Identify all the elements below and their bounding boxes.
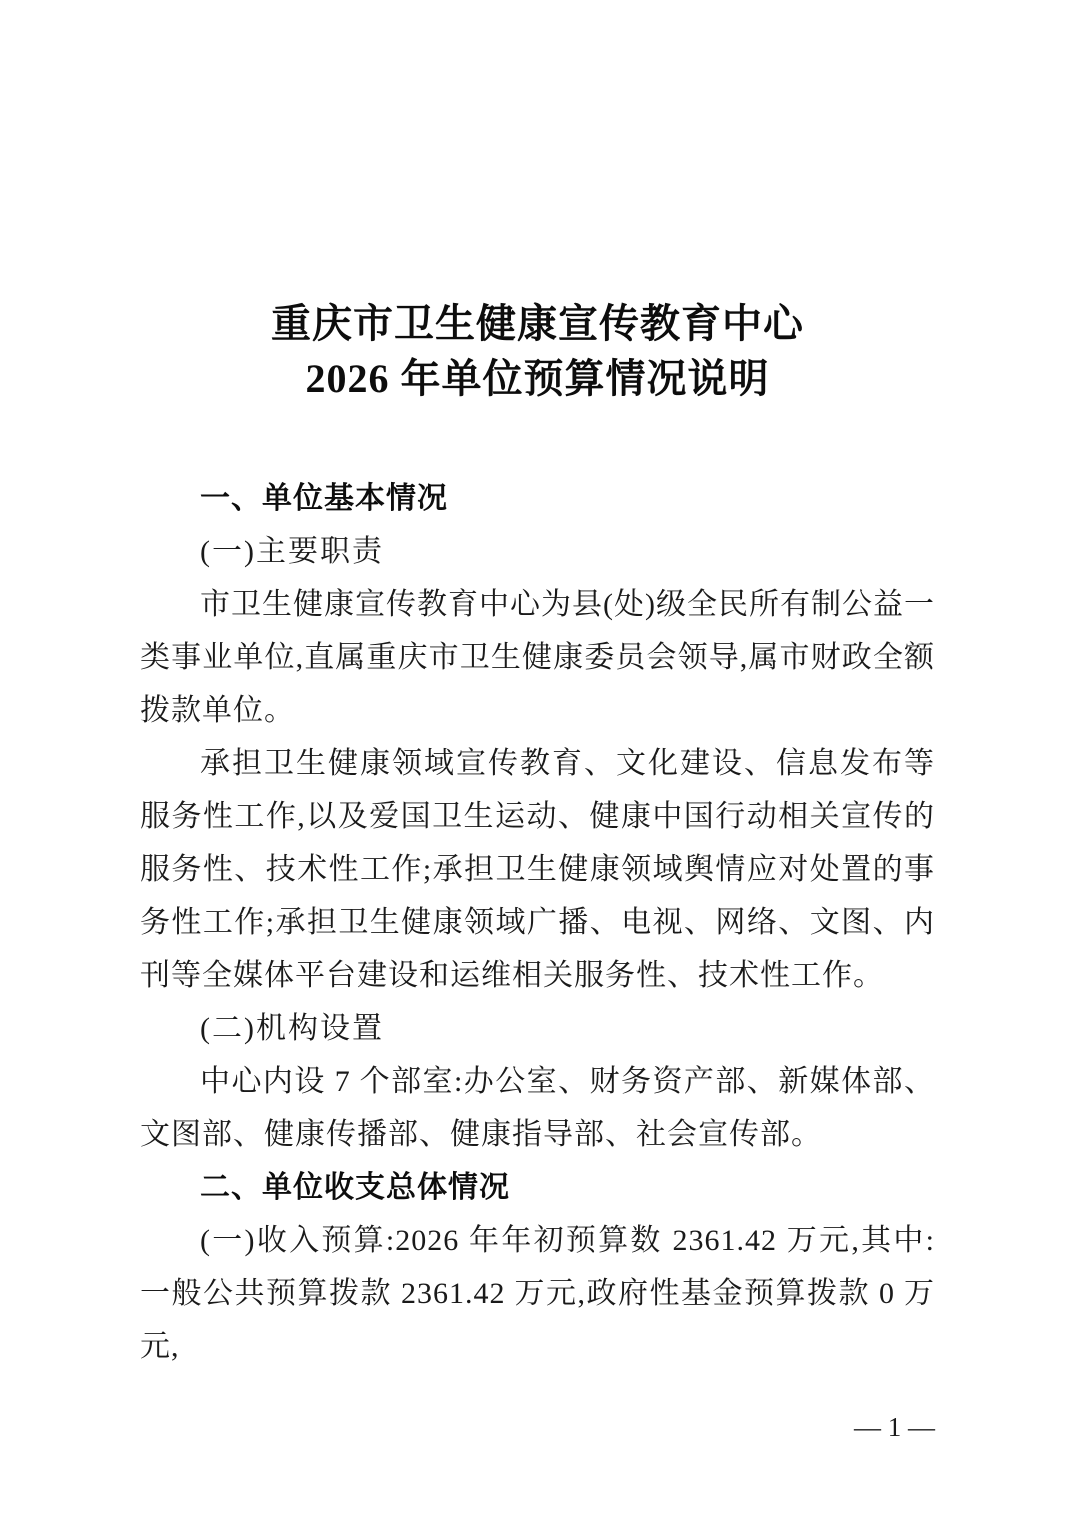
paragraph-income-budget: (一)收入预算:2026 年年初预算数 2361.42 万元,其中:一般公共预算…: [140, 1214, 935, 1373]
subsection-heading-main-duties: (一)主要职责: [140, 525, 935, 578]
paragraph-departments: 中心内设 7 个部室:办公室、财务资产部、新媒体部、文图部、健康传播部、健康指导…: [140, 1055, 935, 1161]
title-line-1: 重庆市卫生健康宣传教育中心: [140, 296, 935, 351]
section-heading-basic-info: 一、单位基本情况: [140, 472, 935, 525]
document-title: 重庆市卫生健康宣传教育中心 2026 年单位预算情况说明: [140, 296, 935, 406]
subsection-heading-org-structure: (二)机构设置: [140, 1002, 935, 1055]
document-page: 重庆市卫生健康宣传教育中心 2026 年单位预算情况说明 一、单位基本情况 (一…: [0, 0, 1074, 1520]
document-body: 一、单位基本情况 (一)主要职责 市卫生健康宣传教育中心为县(处)级全民所有制公…: [140, 472, 935, 1373]
section-heading-budget-overview: 二、单位收支总体情况: [140, 1161, 935, 1214]
paragraph-unit-nature: 市卫生健康宣传教育中心为县(处)级全民所有制公益一类事业单位,直属重庆市卫生健康…: [140, 578, 935, 737]
page-number: — 1 —: [854, 1412, 935, 1442]
title-line-2: 2026 年单位预算情况说明: [140, 351, 935, 406]
paragraph-duties-detail: 承担卫生健康领域宣传教育、文化建设、信息发布等服务性工作,以及爱国卫生运动、健康…: [140, 737, 935, 1002]
page-footer: — 1 —: [140, 1411, 935, 1443]
